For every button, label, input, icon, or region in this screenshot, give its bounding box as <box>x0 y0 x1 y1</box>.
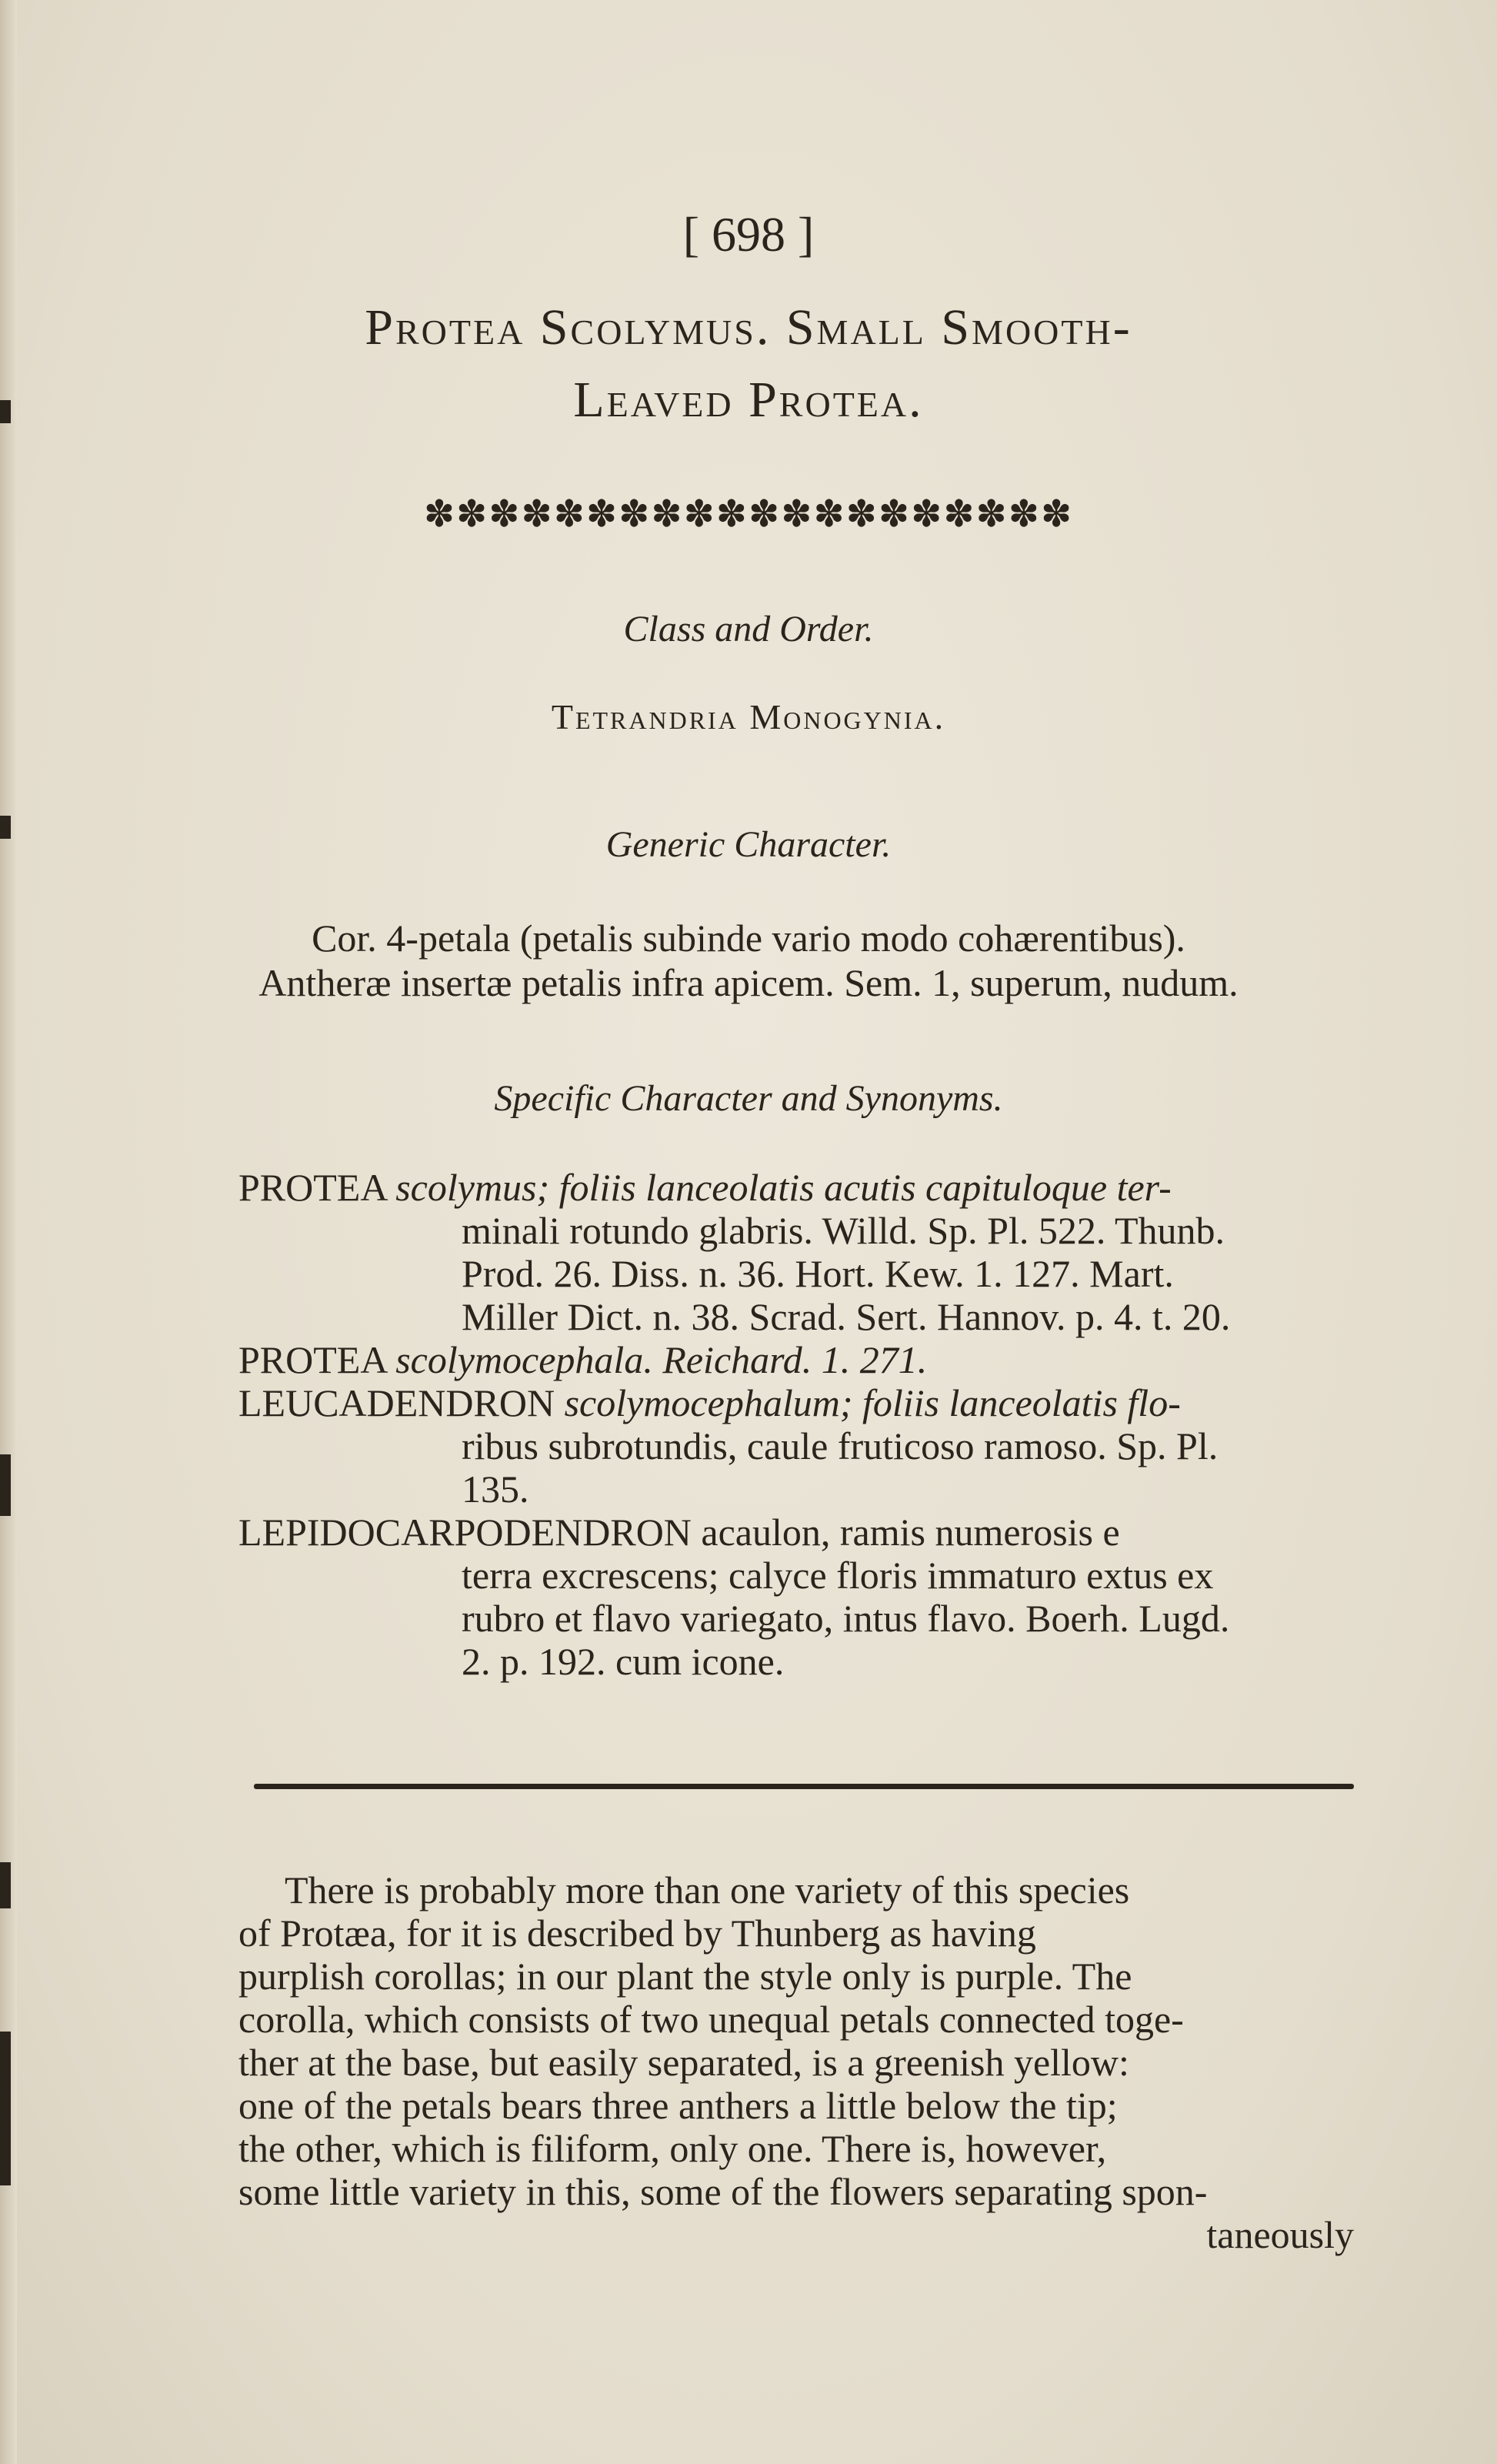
section-rule <box>254 1784 1354 1789</box>
page-tab-mark <box>0 1454 11 1516</box>
body-line: one of the petals bears three anthers a … <box>238 2084 1354 2127</box>
body-line: corolla, which consists of two unequal p… <box>238 1998 1354 2041</box>
genus-name: LEUCADENDRON <box>238 1381 555 1424</box>
synonym-line: 135. <box>238 1467 1354 1511</box>
synonym-line: ribus subrotundis, caule fruticoso ramos… <box>238 1424 1354 1467</box>
synonym-entry: LEPIDOCARPODENDRON acaulon, ramis numero… <box>238 1511 1354 1554</box>
class-order-heading: Class and Order. <box>624 609 874 649</box>
generic-line-1: Cor. 4-petala (petalis subinde vario mod… <box>0 916 1497 960</box>
body-line: some little variety in this, some of the… <box>238 2170 1354 2213</box>
synonym-line: scolymus; foliis lanceolatis acutis capi… <box>395 1166 1172 1209</box>
generic-line-2: Antheræ insertæ petalis infra apicem. Se… <box>0 960 1497 1005</box>
synonym-line: Prod. 26. Diss. n. 36. Hort. Kew. 1. 127… <box>238 1252 1354 1295</box>
ornament-divider: ✽✽✽✽✽✽✽✽✽✽✽✽✽✽✽✽✽✽✽✽ <box>0 492 1497 536</box>
synonym-entry: LEUCADENDRON scolymocephalum; foliis lan… <box>238 1381 1354 1424</box>
page-number: [ 698 ] <box>0 206 1497 263</box>
synonym-line: Miller Dict. n. 38. Scrad. Sert. Hannov.… <box>238 1295 1354 1338</box>
synonym-entry: PROTEA scolymocephala. Reichard. 1. 271. <box>238 1338 1354 1381</box>
synonym-line: acaulon, ramis numerosis e <box>701 1511 1119 1554</box>
specific-heading: Specific Character and Synonyms. <box>494 1078 1002 1119</box>
body-line: ther at the base, but easily separated, … <box>238 2041 1354 2084</box>
synonym-line: 2. p. 192. cum icone. <box>238 1640 1354 1683</box>
description-body: There is probably more than one variety … <box>238 1868 1354 2256</box>
body-line: the other, which is filiform, only one. … <box>238 2127 1354 2170</box>
synonym-line: minali rotundo glabris. Willd. Sp. Pl. 5… <box>238 1209 1354 1252</box>
title-line-2: Leaved Protea. <box>0 371 1497 429</box>
page-tab-mark <box>0 1862 11 1908</box>
generic-heading: Generic Character. <box>606 824 892 865</box>
genus-name: LEPIDOCARPODENDRON <box>238 1511 692 1554</box>
synonym-line: scolymocephalum; foliis lanceolatis flo- <box>565 1381 1181 1424</box>
catchword: taneously <box>238 2213 1354 2256</box>
synonym-entry: PROTEA scolymus; foliis lanceolatis acut… <box>238 1166 1354 1209</box>
body-line: of Protæa, for it is described by Thunbe… <box>238 1911 1354 1955</box>
body-line: There is probably more than one variety … <box>238 1868 1354 1911</box>
genus-name: PROTEA <box>238 1338 386 1381</box>
page-tab-mark <box>0 2032 11 2185</box>
synonym-line: scolymocephala. Reichard. 1. 271. <box>395 1338 927 1381</box>
genus-name: PROTEA <box>238 1166 386 1209</box>
synonym-line: terra excrescens; calyce floris immaturo… <box>238 1554 1354 1597</box>
synonyms-list: PROTEA scolymus; foliis lanceolatis acut… <box>238 1166 1354 1683</box>
body-line: purplish corollas; in our plant the styl… <box>238 1955 1354 1998</box>
synonym-line: rubro et flavo variegato, intus flavo. B… <box>238 1597 1354 1640</box>
title-line-1: Protea Scolymus. Small Smooth- <box>0 299 1497 357</box>
class-order-value: Tetrandria Monogynia. <box>0 696 1497 737</box>
